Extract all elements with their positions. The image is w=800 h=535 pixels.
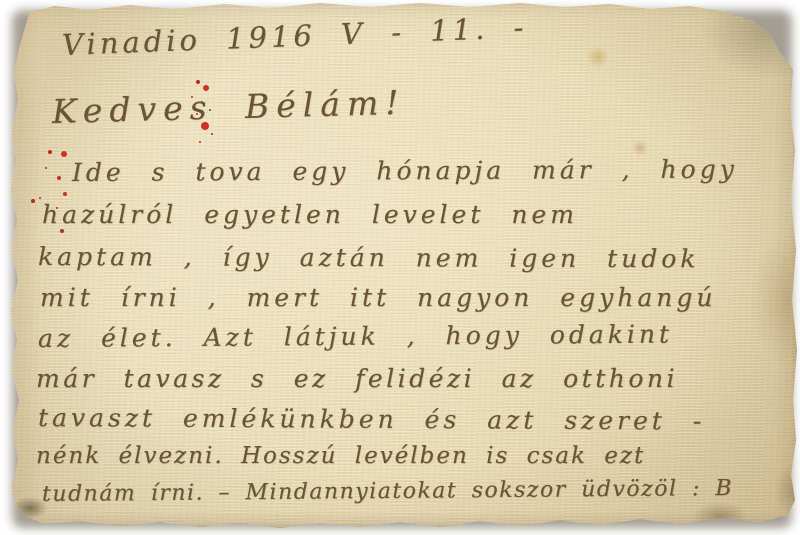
handwriting-line: mit írni , mert itt nagyon egyhangú: [40, 283, 716, 312]
handwriting-line-with-signature: tudnám írni. – Mindannyiatokat sokszor ü…: [42, 476, 733, 507]
postcard-scan: { "postcard": { "dateline": "Vinadio 191…: [0, 0, 800, 535]
handwriting-line: tavaszt emlékünkben és azt szeret -: [38, 403, 705, 435]
handwriting-line: nénk élvezni. Hosszú levélben is csak ez…: [36, 443, 645, 469]
handwriting-line: kaptam , így aztán nem igen tudok: [38, 242, 700, 273]
salutation-handwriting: Kedves Bélám!: [51, 83, 405, 131]
red-ink-splatter-left: [0, 0, 4, 4]
handwriting-line: az élet. Azt látjuk , hogy odakint: [38, 320, 673, 353]
handwriting-line: Ide s tova egy hónapja már , hogy: [72, 155, 738, 187]
dateline-handwriting: Vinadio 1916 V - 11. -: [61, 10, 527, 62]
handwriting-line: hazúlról egyetlen levelet nem: [42, 200, 578, 229]
postcard: Vinadio 1916 V - 11. - Kedves Bélám! Ide…: [0, 0, 800, 535]
red-ink-splatter-top: [0, 0, 4, 4]
handwriting-line: már tavasz s ez felidézi az otthoni: [36, 364, 678, 393]
